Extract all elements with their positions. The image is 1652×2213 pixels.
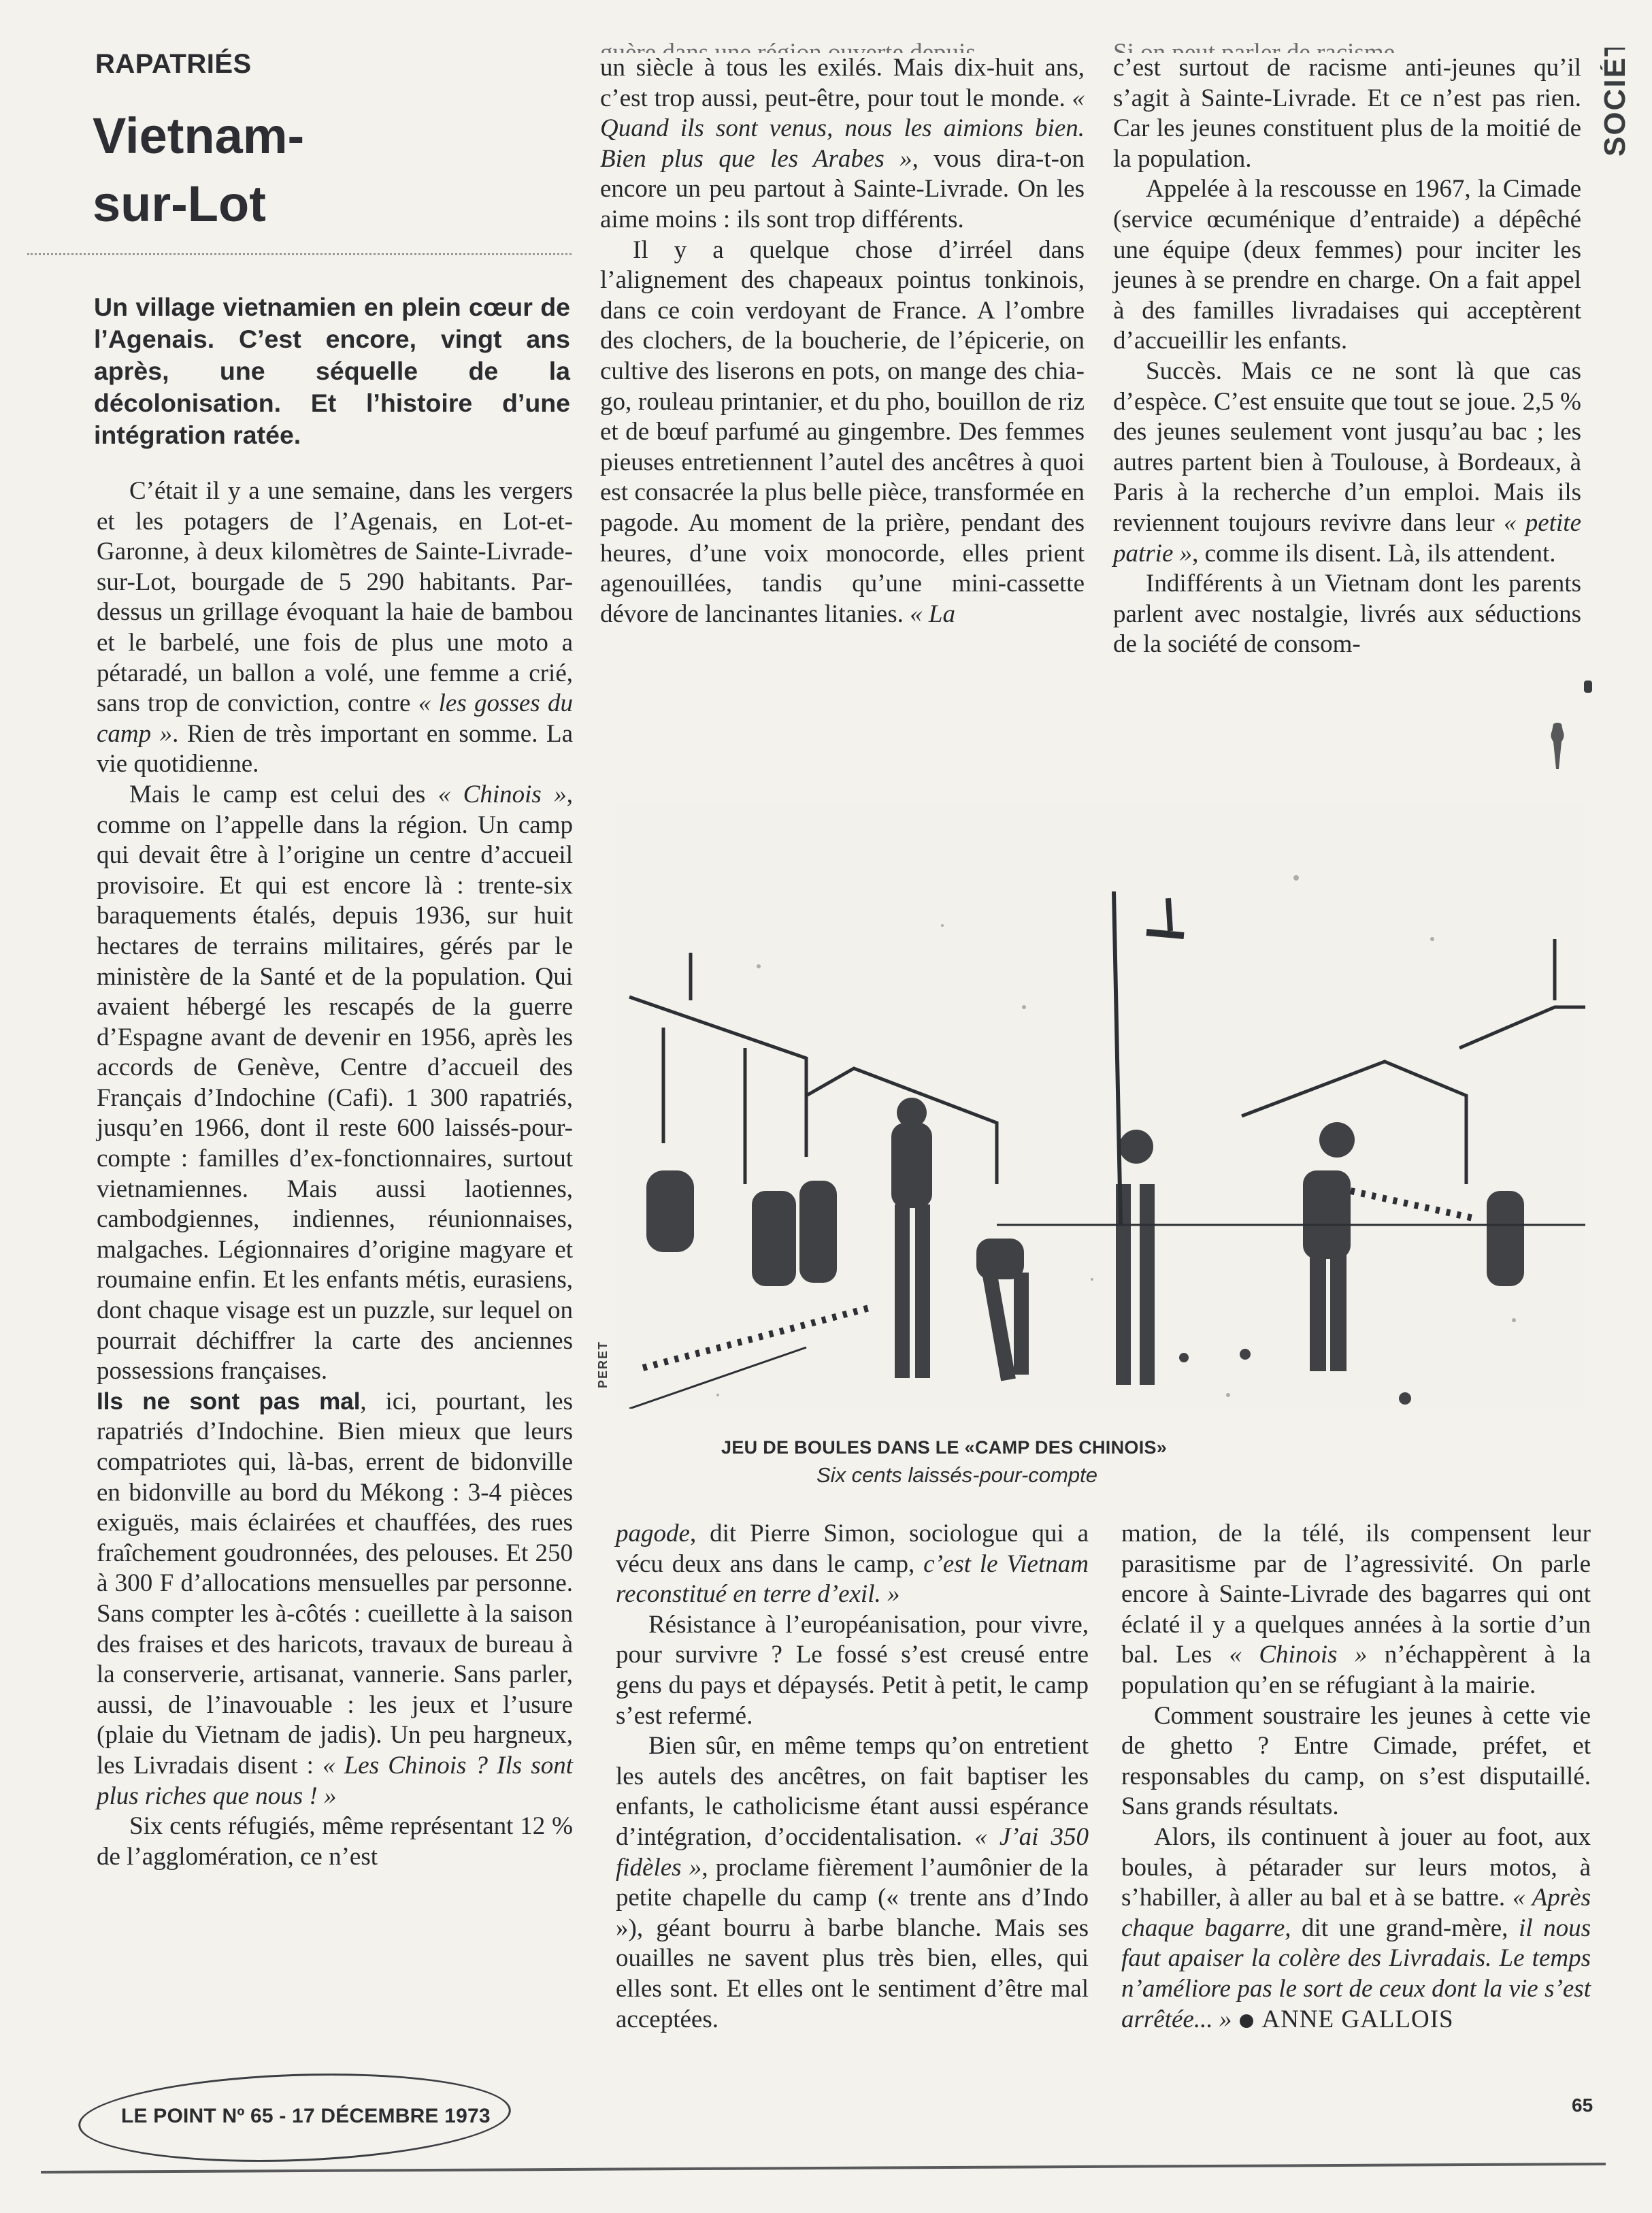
article-deck: Un village vietnamien en plein cœur de l… (94, 291, 570, 451)
title-line-2: sur-Lot (93, 170, 304, 238)
text-run: dit une grand-mère, (1291, 1914, 1519, 1942)
paragraph: Appelée à la rescousse en 1967, la Cimad… (1113, 174, 1581, 357)
quote: « La (910, 600, 955, 628)
paragraph: Résistance à l’européanisation, pour viv… (616, 1610, 1089, 1731)
section-tab-label: SOCIÉT (1600, 48, 1630, 157)
left-column: C’était il y a une semaine, dans les ver… (97, 476, 573, 1872)
pen-mark-icon (1548, 721, 1567, 772)
page-number: 65 (1572, 2095, 1593, 2116)
run-in-heading: Ils ne sont pas mal (97, 1388, 360, 1415)
author-byline: ANNE GALLOIS (1261, 2005, 1453, 2033)
middle-column-bottom: pagode, dit Pierre Simon, sociologue qui… (616, 1519, 1089, 2035)
paragraph: Mais le camp est celui des « Chinois », … (97, 780, 573, 1387)
photo-caption-title: JEU DE BOULES DANS LE «CAMP DES CHINOIS» (721, 1437, 1402, 1458)
section-kicker: RAPATRIÉS (95, 49, 252, 80)
paragraph: pagode, dit Pierre Simon, sociologue qui… (616, 1519, 1089, 1610)
end-mark-icon (1240, 2014, 1253, 2028)
paragraph: un siècle à tous les exilés. Mais dix-hu… (600, 53, 1085, 235)
text-run: C’était il y a une semaine, dans les ver… (97, 477, 573, 717)
paragraph: Ils ne sont pas mal, ici, pourtant, les … (97, 1387, 573, 1812)
paragraph: Il y a quelque chose d’irréel dans l’ali… (600, 235, 1085, 630)
paragraph: Indifférents à un Vietnam dont les paren… (1113, 569, 1581, 660)
headline-divider (27, 253, 572, 255)
title-line-1: Vietnam- (93, 102, 304, 170)
bottom-rule (41, 2163, 1606, 2174)
middle-column: guère dans une région ouverte depuis un … (600, 39, 1085, 629)
quote: « Chinois » (1229, 1641, 1368, 1669)
quote: pagode (616, 1520, 690, 1547)
paragraph: Six cents réfugiés, même représentant 12… (97, 1812, 573, 1872)
paragraph: Alors, ils continuent à jouer au foot, a… (1121, 1822, 1591, 2035)
publication-footer: LE POINT Nº 65 - 17 DÉCEMBRE 1973 (121, 2105, 491, 2128)
text-run: Il y a quelque chose d’irréel dans l’ali… (600, 236, 1085, 628)
article-title: Vietnam- sur-Lot (93, 102, 304, 238)
paragraph: Succès. Mais ce ne sont là que cas d’esp… (1113, 357, 1581, 569)
text-run: , ici, pourtant, les rapatriés d’Indochi… (97, 1388, 573, 1780)
paragraph: mation, de la télé, ils compensent leur … (1121, 1519, 1591, 1701)
paragraph: C’était il y a une semaine, dans les ver… (97, 476, 573, 780)
right-column-bottom: mation, de la télé, ils compensent leur … (1121, 1519, 1591, 2035)
paragraph: Bien sûr, en même temps qu’on entretient… (616, 1731, 1089, 2035)
cut-off-line: guère dans une région ouverte depuis (600, 38, 1085, 53)
photo-caption-subtitle: Six cents laissés-pour-compte (816, 1463, 1097, 1488)
paragraph: c’est surtout de racisme anti-jeunes qu’… (1113, 53, 1581, 174)
text-run: , comme ils disent. Là, ils attendent. (1192, 540, 1555, 568)
photo-illustration (616, 803, 1585, 1409)
text-run: , comme on l’appelle dans la région. Un … (97, 781, 573, 1385)
quote: « Chinois » (438, 781, 567, 808)
cut-off-line: Si on peut parler de racisme, (1113, 38, 1581, 53)
paragraph: Comment soustraire les jeunes à cette vi… (1121, 1701, 1591, 1822)
article-photo (616, 803, 1585, 1409)
right-column: Si on peut parler de racisme, c’est surt… (1113, 39, 1581, 660)
text-run: Mais le camp est celui des (129, 781, 438, 808)
bullet-mark-icon (1584, 681, 1592, 693)
text-run: un siècle à tous les exilés. Mais dix-hu… (600, 54, 1085, 112)
photo-credit: PERET (596, 1341, 610, 1388)
